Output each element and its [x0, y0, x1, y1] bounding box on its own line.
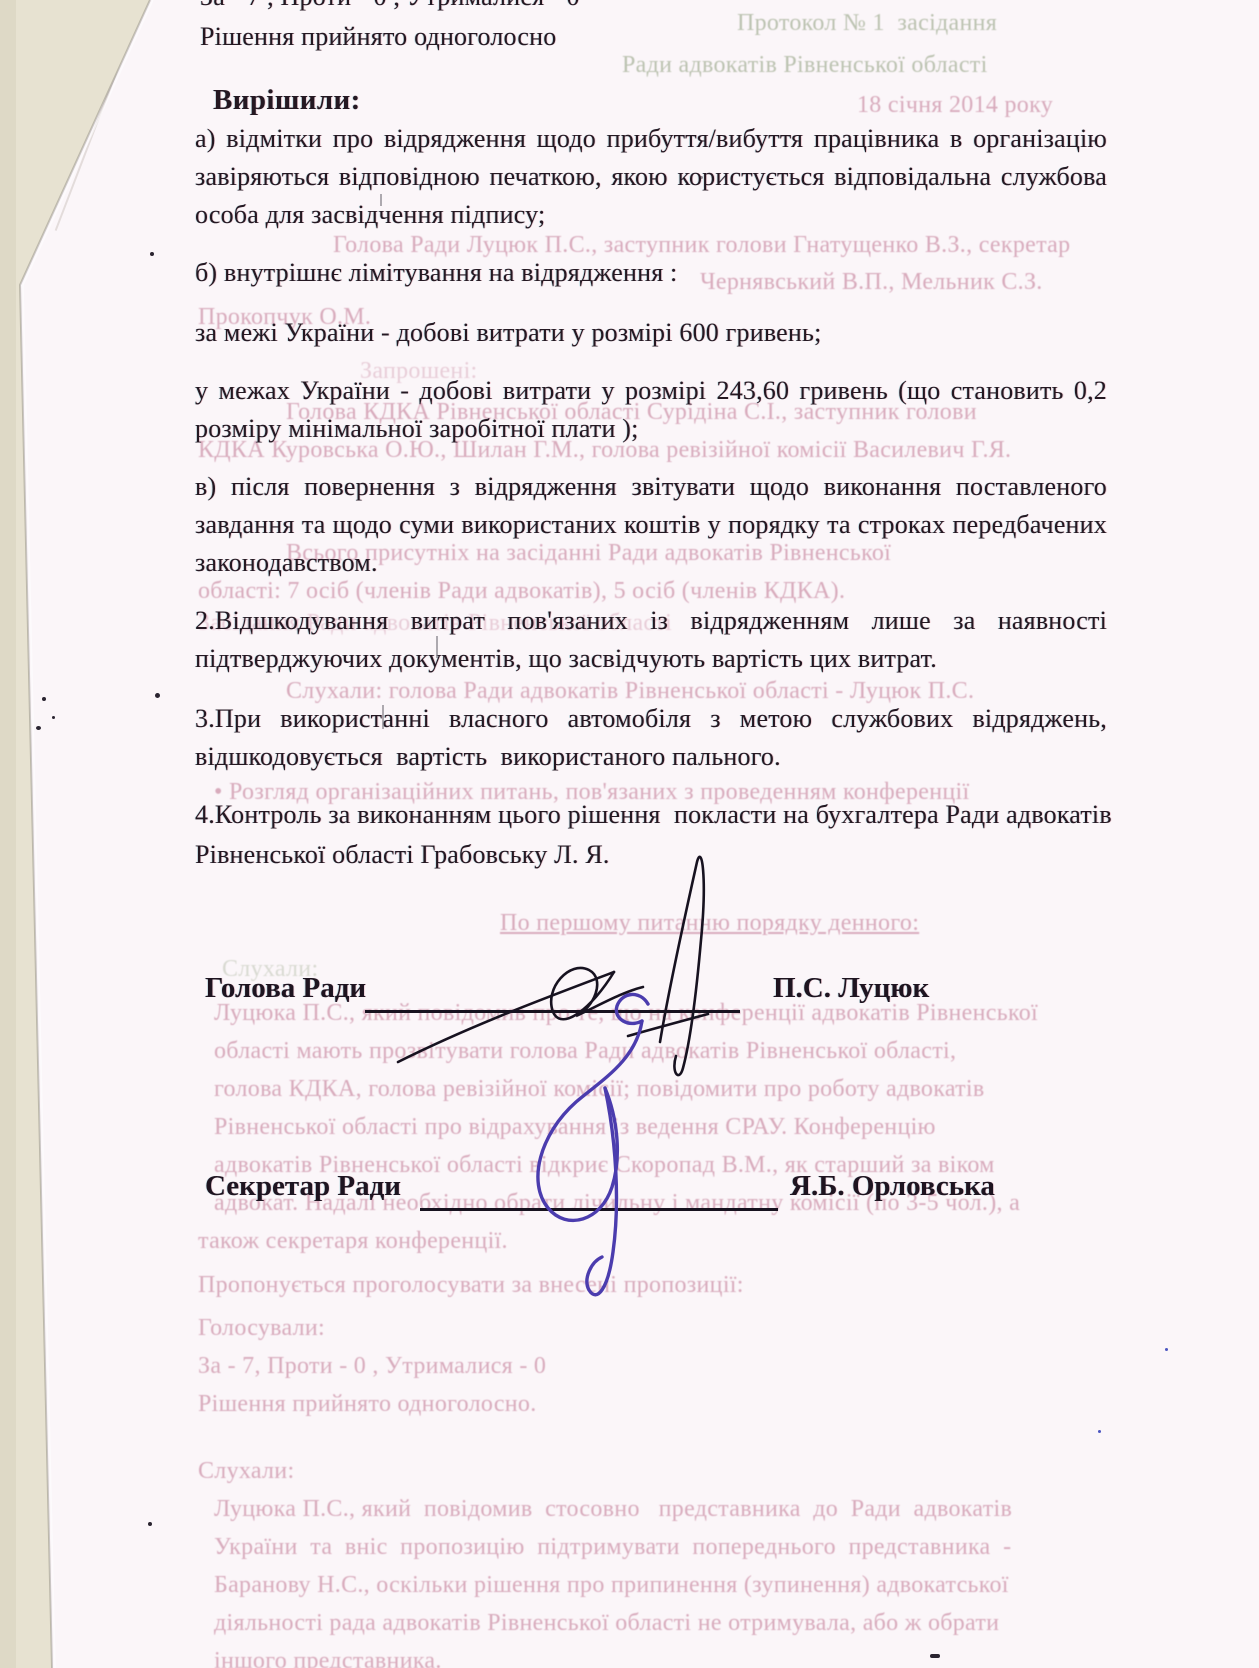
bleedthrough-line: іншого представника.	[214, 1648, 442, 1668]
document-line: за межі України - добові витрати у розмі…	[195, 318, 822, 348]
scan-speck	[52, 716, 55, 719]
bleedthrough-line: Чернявський В.П., Мельник С.З.	[700, 269, 1043, 296]
scan-scratch	[380, 194, 382, 206]
scan-speck	[930, 1654, 940, 1658]
bleedthrough-line: Слухали:	[198, 1458, 294, 1485]
document-page: Протокол № 1 засіданняРади адвокатів Рів…	[0, 0, 1259, 1668]
decision-unanimous-line: Рішення прийнято одноголосно	[200, 22, 556, 52]
bleedthrough-line: голова КДКА, голова ревізійної комісії; …	[214, 1076, 985, 1103]
document-line: у межах України - добові витрати у розмі…	[195, 376, 1107, 406]
bleedthrough-line: Голосували:	[198, 1315, 325, 1342]
bleedthrough-line: Протокол № 1 засідання	[737, 10, 997, 37]
document-line: законодавством.	[195, 548, 378, 578]
bleedthrough-line: України та вніс пропозицію підтримувати …	[214, 1534, 1011, 1561]
bleedthrough-line: Ради адвокатів Рівненської області	[622, 52, 988, 79]
document-line: в) після повернення з відрядження звітув…	[195, 472, 1107, 502]
ink-speck	[1098, 1430, 1101, 1433]
bleedthrough-line: діяльності рада адвокатів Рівненської об…	[214, 1610, 999, 1637]
scan-speck	[36, 726, 41, 730]
document-line: б) внутрішнє лімітування на відрядження …	[195, 258, 677, 288]
scanned-document-screenshot: { "page": { "background_color": "#e7e2d1…	[0, 0, 1259, 1668]
scan-speck	[700, 176, 703, 179]
document-line: розміру мінімальної заробітної плати );	[195, 414, 639, 444]
bleedthrough-line: Голова Ради Луцюк П.С., заступник голови…	[333, 232, 1070, 259]
bleedthrough-line: По першому питанню порядку денного:	[500, 910, 919, 937]
document-line: підтверджуючих документів, що засвідчуют…	[195, 644, 937, 674]
document-line: відшкодовується вартість використаного п…	[195, 742, 781, 772]
bleedthrough-line: області мають прозвітувати голова Ради а…	[214, 1038, 956, 1065]
scan-scratch	[382, 705, 384, 729]
chairman-signature-line	[365, 1010, 740, 1013]
scan-speck	[155, 693, 160, 698]
bleedthrough-line: Рівненської області про відрахування із …	[214, 1114, 936, 1141]
scan-speck	[148, 1522, 152, 1526]
document-line: особа для засвідчення підпису;	[195, 200, 545, 230]
secretary-name-label: Я.Б. Орловська	[790, 1170, 995, 1203]
scan-speck	[150, 252, 154, 256]
document-line: 3.При використанні власного автомобіля з…	[195, 704, 1107, 734]
decided-heading: Вирішили:	[213, 84, 361, 117]
document-line: завдання та щодо суми використаних кошті…	[195, 510, 1107, 540]
ink-speck	[1165, 1348, 1168, 1351]
document-line: а) відмітки про відрядження щодо прибутт…	[195, 124, 1107, 154]
chairman-name-label: П.С. Луцюк	[773, 972, 929, 1005]
bleedthrough-line: Пропонується проголосувати за внесені пр…	[198, 1272, 744, 1299]
scan-speck	[42, 697, 46, 701]
secretary-title-label: Секретар Ради	[205, 1170, 401, 1203]
bleedthrough-line: також секретаря конференції.	[198, 1228, 508, 1255]
bleedthrough-line: Слухали: голова Ради адвокатів Рівненськ…	[286, 678, 974, 705]
document-line: завіряються відповідною печаткою, якою к…	[195, 162, 1107, 192]
chairman-title-label: Голова Ради	[205, 972, 366, 1005]
bleedthrough-line: 18 січня 2014 року	[857, 92, 1053, 119]
vote-result-clipped-line: За - 7 , Проти - 0 , Утрималися - 0	[200, 0, 580, 12]
scanner-background-strip	[0, 0, 16, 1668]
bleedthrough-line: Луцюка П.С., який повідомив стосовно пре…	[214, 1496, 1012, 1523]
bleedthrough-line: Рішення прийнято одноголосно.	[198, 1391, 537, 1418]
paper-crease	[55, 8, 142, 231]
scan-scratch	[436, 636, 438, 658]
document-line: 4.Контроль за виконанням цього рішення п…	[195, 800, 1112, 830]
secretary-signature-line	[420, 1208, 778, 1211]
bleedthrough-line: області: 7 осіб (членів Ради адвокатів),…	[198, 578, 845, 605]
bleedthrough-line: Баранову Н.С., оскільки рішення про прип…	[214, 1572, 1009, 1599]
document-line: 2.Відшкодування витрат пов'язаних із від…	[195, 606, 1107, 636]
bleedthrough-line: За - 7, Проти - 0 , Утрималися - 0	[198, 1353, 546, 1380]
document-line: Рівненської області Грабовську Л. Я.	[195, 840, 610, 870]
